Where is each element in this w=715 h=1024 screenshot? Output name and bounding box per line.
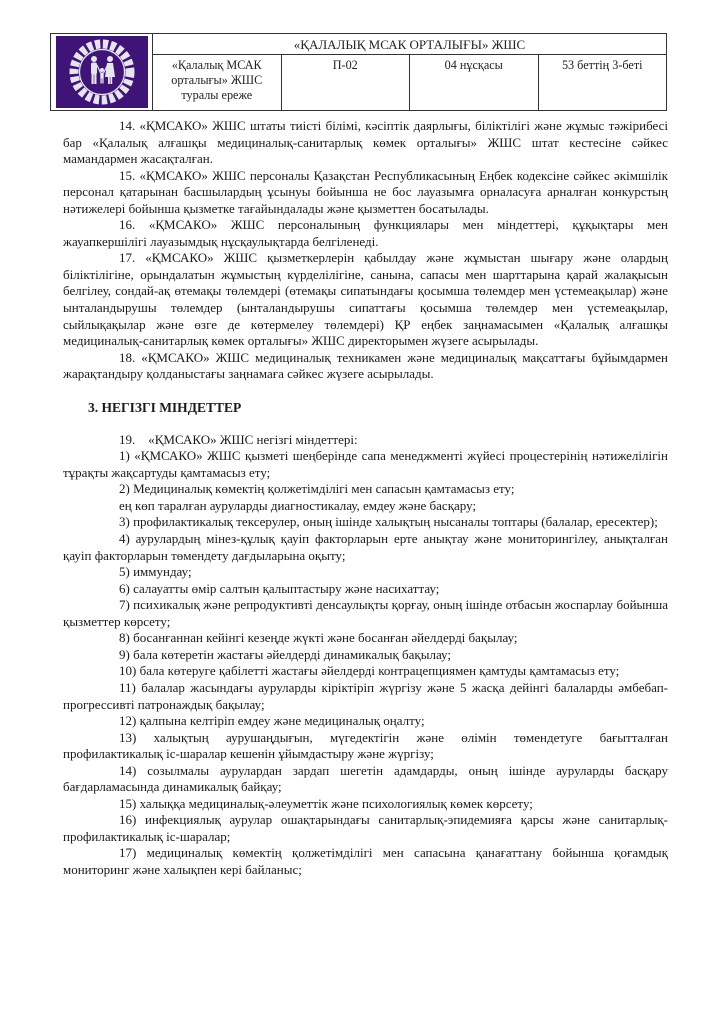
org-title: «ҚАЛАЛЫҚ МСАК ОРТАЛЫҒЫ» ЖШС [153, 34, 667, 55]
paragraph-18: 18. «ҚМСАКО» ЖШС медициналық техникамен … [63, 350, 668, 383]
paragraph-16: 16. «ҚМСАКО» ЖШС персоналының функциялар… [63, 217, 668, 250]
paragraph-19-intro: 19. «ҚМСАКО» ЖШС негізгі міндеттері: [63, 432, 668, 449]
list-item: 5) иммундау; [63, 564, 668, 581]
list-item: 14) созылмалы аурулардан зардап шегетін … [63, 763, 668, 796]
list-item: 12) қалпына келтіріп емдеу және медицина… [63, 713, 668, 730]
logo-cell [51, 34, 153, 111]
document-body: 14. «ҚМСАКО» ЖШС штаты тиісті білімі, кә… [63, 118, 668, 879]
paragraph-15: 15. «ҚМСАКО» ЖШС персоналы Қазақстан Рес… [63, 168, 668, 218]
document-name: «Қалалық МСАК орталығы» ЖШС туралы ереже [153, 55, 282, 111]
list-item: 7) психикалық және репродуктивті денсаул… [63, 597, 668, 630]
list-item: 4) аурулардың мінез-құлық қауіп факторла… [63, 531, 668, 564]
document-code: П-02 [281, 55, 410, 111]
list-item: 9) бала көтеретін жастағы әйелдерді дина… [63, 647, 668, 664]
list-item: 16) инфекциялық аурулар ошақтарындағы са… [63, 812, 668, 845]
list-item: 17) медициналық көмектің қолжетімділігі … [63, 845, 668, 878]
list-item: 13) халықтың аурушаңдығын, мүгедектігін … [63, 730, 668, 763]
spacer [63, 416, 668, 432]
page-info: 53 беттің 3-беті [538, 55, 667, 111]
section-heading: 3. НЕГІЗГІ МІНДЕТТЕР [63, 399, 668, 416]
paragraph-17: 17. «ҚМСАКО» ЖШС қызметкерлерін қабылдау… [63, 250, 668, 349]
list-item: 15) халыққа медициналық-әлеуметтік және … [63, 796, 668, 813]
list-item: ең көп таралған ауруларды диагностикалау… [63, 498, 668, 515]
list-item: 10) бала көтеруге қабілетті жастағы әйел… [63, 663, 668, 680]
list-item: 2) Медициналық көмектің қолжетімділігі м… [63, 481, 668, 498]
spacer [63, 383, 668, 399]
list-item: 8) босанғаннан кейінгі кезеңде жүкті жән… [63, 630, 668, 647]
document-version: 04 нұсқасы [410, 55, 539, 111]
list-item: 3) профилактикалық тексерулер, оның ішін… [63, 514, 668, 531]
family-in-circle-logo-icon [56, 36, 148, 108]
document-header-table: «ҚАЛАЛЫҚ МСАК ОРТАЛЫҒЫ» ЖШС «Қалалық МСА… [50, 33, 667, 111]
paragraph-14: 14. «ҚМСАКО» ЖШС штаты тиісті білімі, кә… [63, 118, 668, 168]
list-item: 1) «ҚМСАКО» ЖШС қызметі шеңберінде сапа … [63, 448, 668, 481]
list-item: 6) салауатты өмір салтын қалыптастыру жә… [63, 581, 668, 598]
list-item: 11) балалар жасындағы ауруларды кіріктір… [63, 680, 668, 713]
